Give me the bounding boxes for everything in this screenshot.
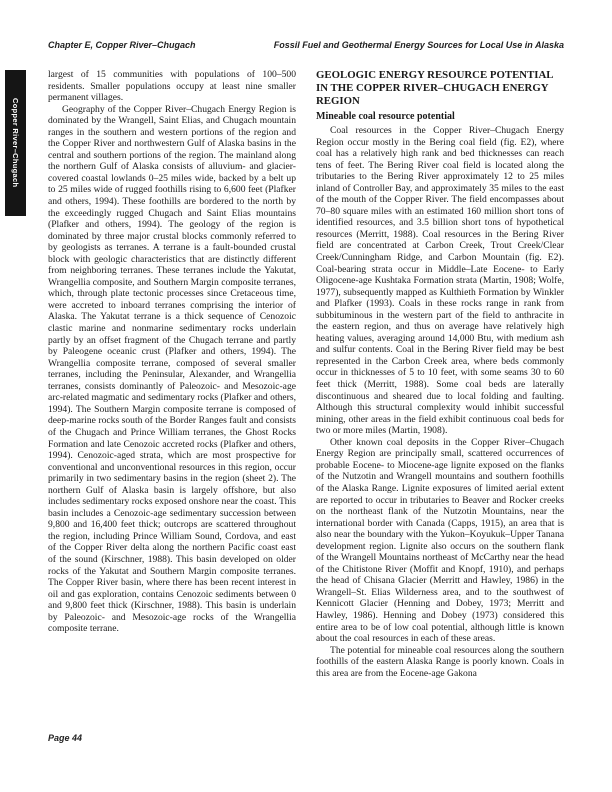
section-heading: GEOLOGIC ENERGY RESOURCE POTENTIAL IN TH… [316, 69, 564, 108]
document-page: Chapter E, Copper River–Chugach Fossil F… [0, 0, 612, 792]
right-column: GEOLOGIC ENERGY RESOURCE POTENTIAL IN TH… [316, 69, 564, 679]
header-report-title: Fossil Fuel and Geothermal Energy Source… [274, 40, 564, 50]
paragraph: Coal resources in the Copper River–Chuga… [316, 125, 564, 437]
left-column: largest of 15 communities with populatio… [48, 69, 296, 635]
paragraph: largest of 15 communities with populatio… [48, 69, 296, 104]
running-header: Chapter E, Copper River–Chugach Fossil F… [48, 40, 564, 50]
page-footer: Page 44 [48, 733, 82, 743]
subsection-heading: Mineable coal resource potential [316, 111, 564, 123]
paragraph: Geography of the Copper River–Chugach En… [48, 104, 296, 635]
header-chapter-title: Chapter E, Copper River–Chugach [48, 40, 196, 50]
paragraph: Other known coal deposits in the Copper … [316, 437, 564, 645]
chapter-edge-tab-label: Copper River–Chugach [11, 98, 20, 187]
page-number: Page 44 [48, 733, 82, 743]
chapter-edge-tab: Copper River–Chugach [5, 70, 26, 216]
paragraph: The potential for mineable coal resource… [316, 645, 564, 680]
